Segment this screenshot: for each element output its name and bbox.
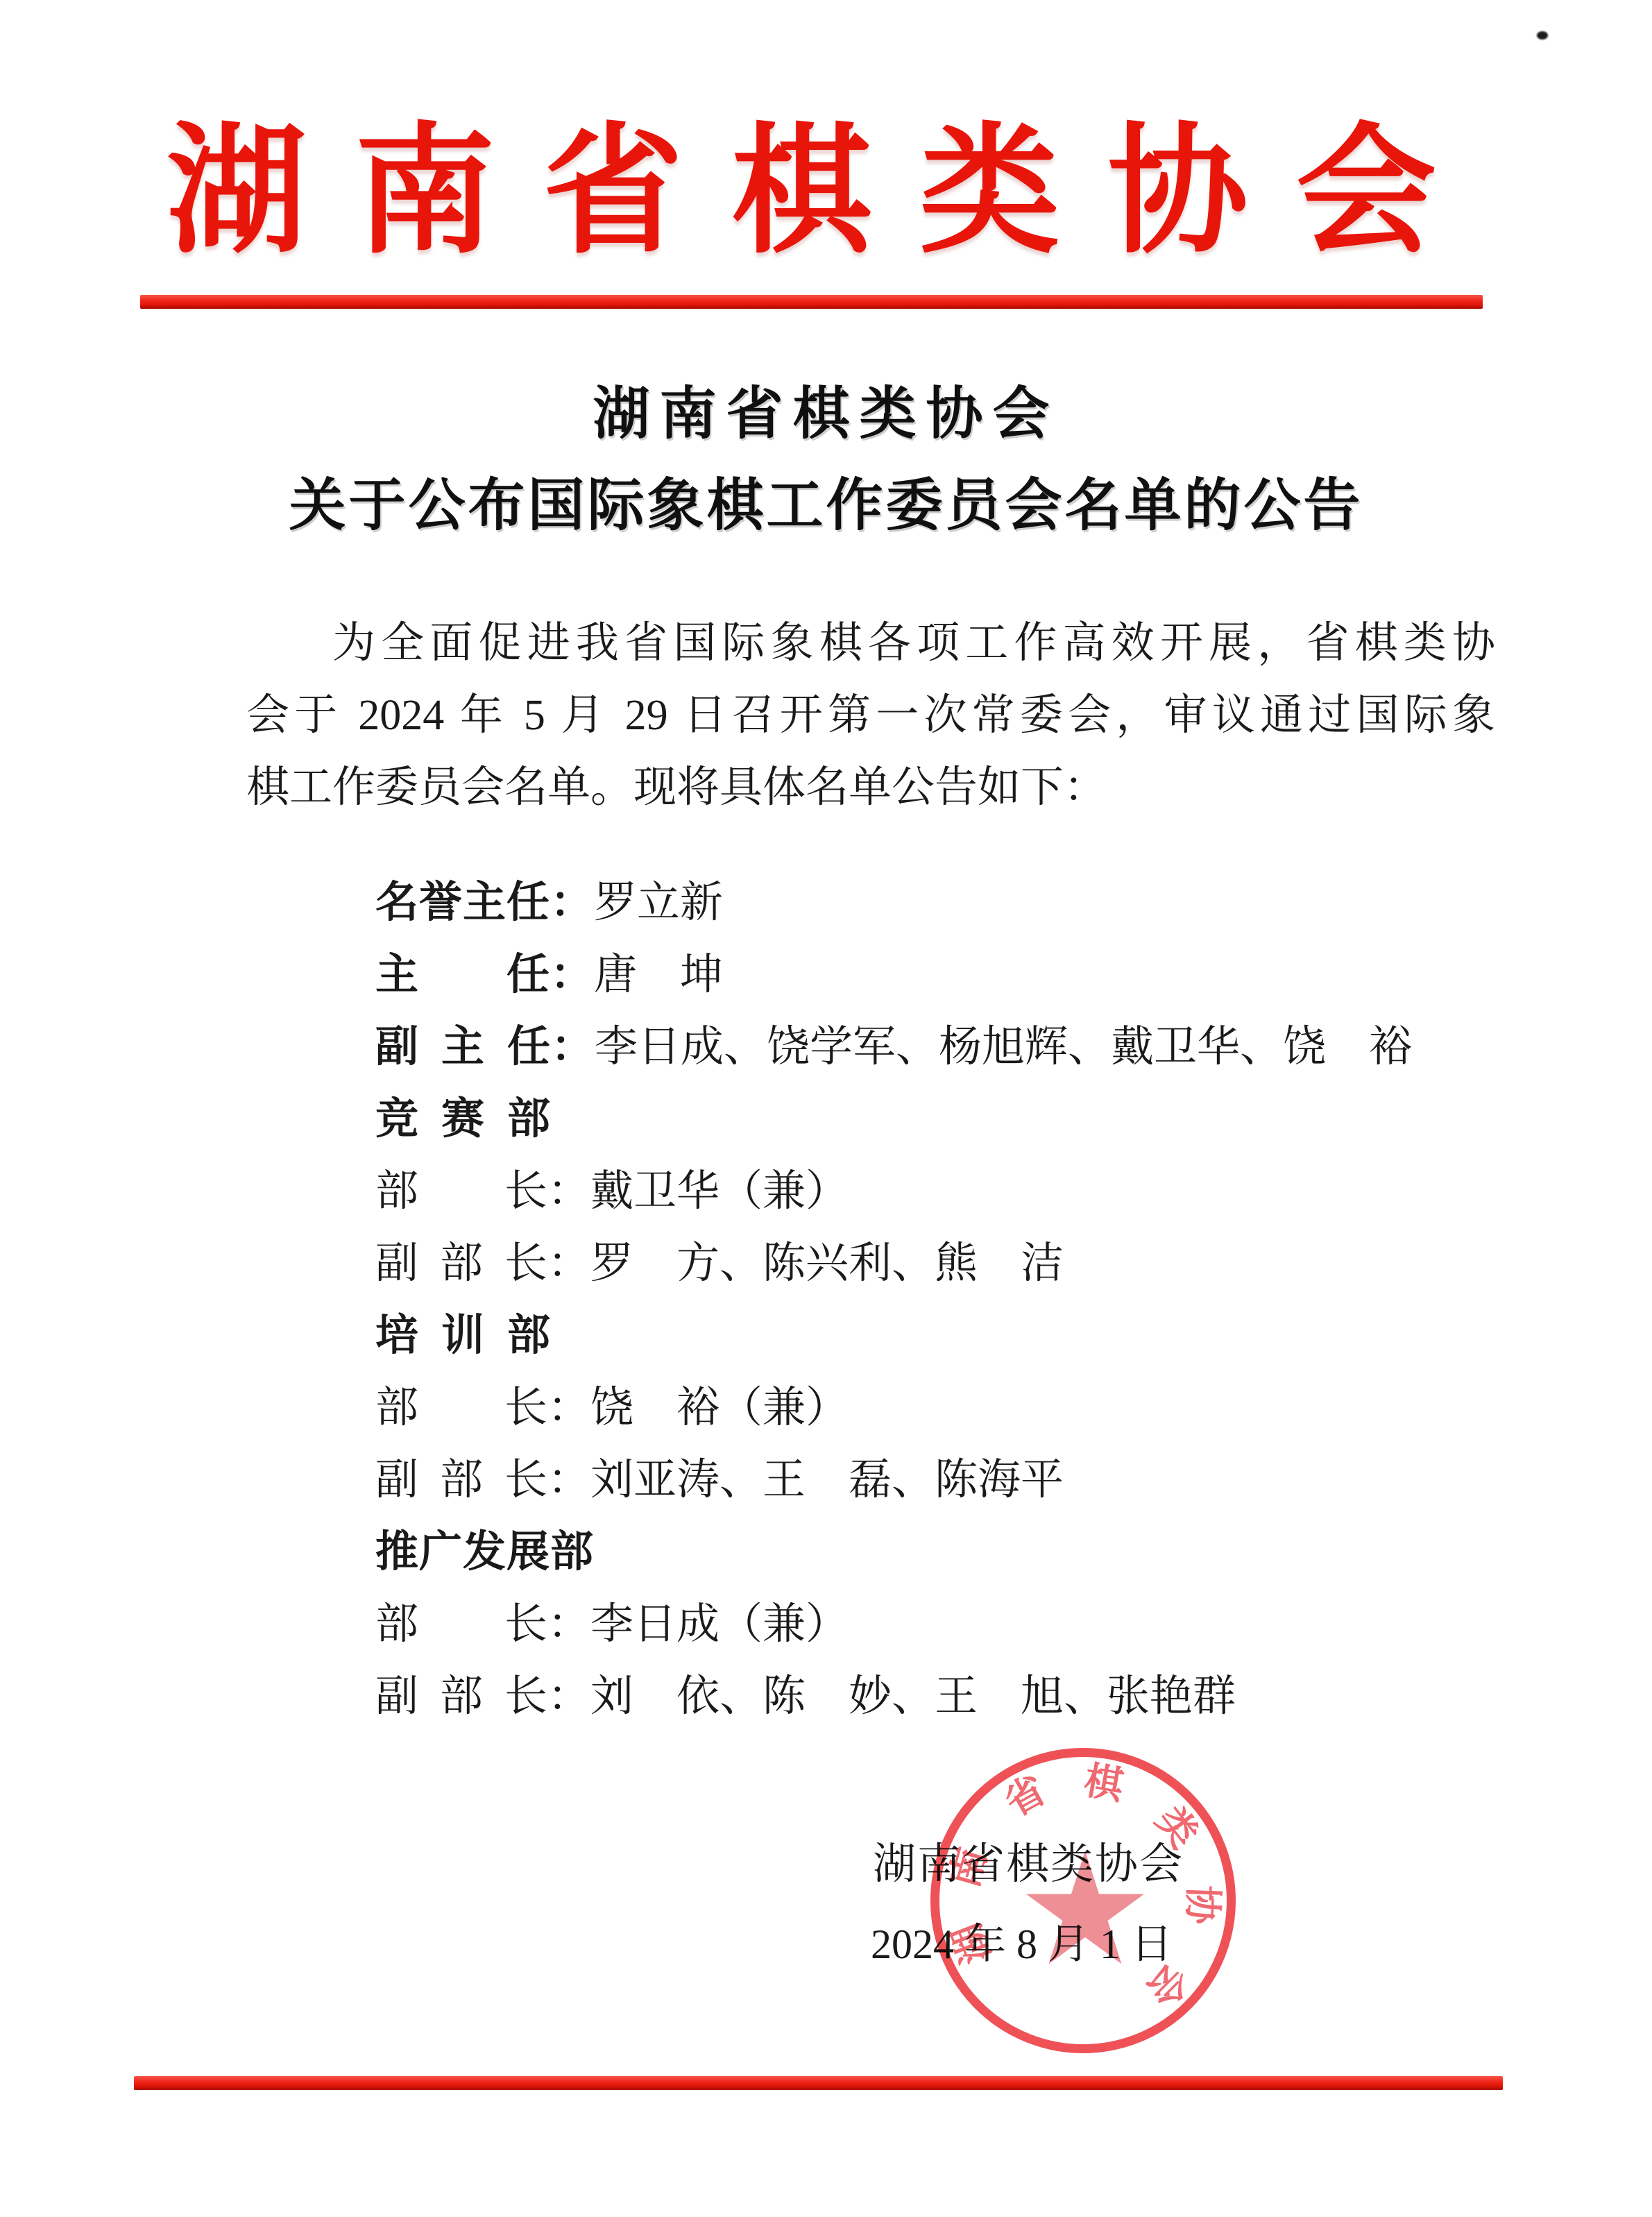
letterhead-org-name: 湖 南 省 棋 类 协 会	[167, 117, 1436, 276]
doc-title-line1: 湖南省棋类协会	[0, 386, 1652, 443]
letterhead-char: 棋	[731, 117, 871, 268]
paragraph-line3: 棋工作委员会名单。现将具体名单公告如下：	[246, 766, 1495, 809]
paragraph-line1: 为全面促进我省国际象棋各项工作高效开展，省棋类协	[246, 622, 1495, 665]
official-seal: 湖 南 省 棋 类 协 会	[930, 1748, 1236, 2053]
seal-arc-char: 棋	[1080, 1760, 1127, 1808]
header-red-rule	[140, 295, 1483, 309]
letterhead-char: 类	[919, 117, 1059, 268]
announcement-document: 湖 南 省 棋 类 协 会 湖南省棋类协会 关于公布国际象棋工作委员会名单的公告…	[0, 0, 1652, 2217]
letterhead-char: 协	[1108, 117, 1248, 268]
roster-label: 副 部 长：	[375, 1673, 590, 1720]
letterhead-char: 南	[355, 117, 495, 268]
seal-arc-char: 协	[1180, 1884, 1223, 1926]
letterhead-char: 湖	[167, 117, 307, 268]
footer-red-rule	[134, 2076, 1503, 2090]
letterhead-char: 会	[1296, 117, 1436, 268]
ink-dot-artifact	[1537, 31, 1548, 40]
seal-star-icon	[1026, 1851, 1144, 1964]
paragraph-line2: 会于 2024 年 5 月 29 日召开第一次常委会，审议通过国际象	[246, 694, 1495, 737]
roster-row-promotion-deputies: 副 部 长：刘 依、陈 妙、王 旭、张艳群	[332, 1632, 1512, 1761]
letterhead-char: 省	[543, 117, 683, 268]
doc-title-line2: 关于公布国际象棋工作委员会名单的公告	[0, 477, 1652, 534]
roster-names: 刘 依、陈 妙、王 旭、张艳群	[590, 1673, 1236, 1720]
